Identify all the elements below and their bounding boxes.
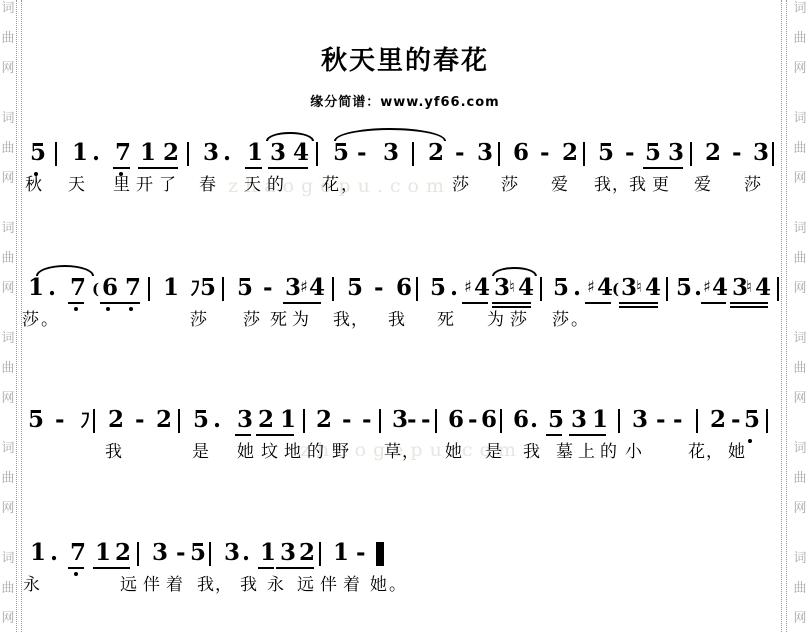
- beam-underline: [276, 567, 314, 569]
- barline: [93, 409, 95, 433]
- lyric-syllable: ，: [706, 443, 723, 462]
- note-digit: 2: [108, 408, 124, 432]
- note-digit: 3: [237, 408, 253, 432]
- barline: [500, 409, 502, 433]
- note-digit: 4: [293, 141, 309, 165]
- natural-accidental: ♮: [746, 278, 752, 296]
- beam-underline: [68, 567, 84, 569]
- note-digit: 6: [513, 408, 529, 432]
- beam-underline-2: [730, 306, 768, 308]
- duration-dash: -: [656, 408, 666, 432]
- note-digit: 6: [481, 408, 497, 432]
- augmentation-dot: .: [694, 276, 702, 300]
- lyric-syllable: 。: [41, 311, 58, 330]
- sharp-accidental: ♯: [300, 278, 308, 296]
- note-digit: 3: [477, 141, 493, 165]
- border-text-char: 网: [792, 282, 808, 296]
- barline: [777, 277, 779, 301]
- sharp-accidental: ♯: [464, 278, 472, 296]
- border-text-char: 词: [0, 222, 16, 236]
- note-digit: 3: [270, 141, 286, 165]
- note-digit: 1: [72, 141, 88, 165]
- lyric-syllable: 莎: [243, 311, 260, 330]
- border-dotted-rule: [781, 0, 782, 632]
- note-digit: 1: [95, 541, 111, 565]
- barline: [303, 409, 305, 433]
- beam-underline: [256, 434, 294, 436]
- lyric-syllable: 的: [307, 443, 324, 462]
- beam-underline: [283, 302, 321, 304]
- lyric-syllable: 墓: [556, 443, 573, 462]
- border-text-char: 曲: [0, 582, 16, 596]
- augmentation-dot: .: [242, 541, 250, 565]
- duration-dash: -: [468, 408, 478, 432]
- barline: [498, 142, 500, 166]
- lyric-syllable: ，: [215, 576, 232, 595]
- barline: [178, 409, 180, 433]
- lyric-syllable: 莎: [552, 311, 569, 330]
- border-text-char: 词: [792, 112, 808, 126]
- duration-dash: -: [374, 276, 384, 300]
- border-text-char: 网: [792, 392, 808, 406]
- sharp-accidental: ♯: [703, 278, 711, 296]
- lyric-syllable: 我: [105, 443, 122, 462]
- note-digit: 3: [203, 141, 219, 165]
- border-text-char: 网: [792, 62, 808, 76]
- note-digit: 2: [163, 141, 179, 165]
- note-digit: 2: [428, 141, 444, 165]
- note-digit: 6: [448, 408, 464, 432]
- border-text-char: 曲: [792, 362, 808, 376]
- border-text-char: 曲: [792, 252, 808, 266]
- duration-dash: -: [540, 141, 550, 165]
- note-digit: 7: [125, 276, 141, 300]
- note-digit: 5: [200, 276, 216, 300]
- barline: [766, 409, 768, 433]
- note-digit: 4: [474, 276, 490, 300]
- border-text-char: 词: [0, 552, 16, 566]
- augmentation-dot: .: [530, 408, 538, 432]
- note-digit: 5: [347, 276, 363, 300]
- note-digit: 1: [260, 541, 276, 565]
- border-text-char: 网: [0, 612, 16, 626]
- lyric-syllable: 开: [136, 176, 153, 195]
- duration-dash: -: [176, 541, 186, 565]
- lyric-syllable: 我: [594, 176, 611, 195]
- barline: [148, 277, 150, 301]
- border-dotted-rule: [786, 0, 787, 632]
- note-digit: 6: [102, 276, 118, 300]
- note-digit: 2: [156, 408, 172, 432]
- note-digit: 1: [163, 276, 179, 300]
- note-digit: 7: [70, 541, 86, 565]
- augmentation-dot: .: [213, 408, 221, 432]
- final-barline: [376, 542, 384, 566]
- note-digit: 2: [705, 141, 721, 165]
- low-octave-dot: [74, 572, 78, 576]
- barline: [583, 142, 585, 166]
- border-text-char: 词: [792, 222, 808, 236]
- note-digit: 4: [518, 276, 534, 300]
- border-text-char: 网: [0, 172, 16, 186]
- duration-dash: -: [356, 541, 366, 565]
- note-digit: 5: [548, 408, 564, 432]
- note-digit: 2: [316, 408, 332, 432]
- beam-underline: [93, 567, 130, 569]
- low-octave-dot: [748, 439, 752, 443]
- border-text-char: 词: [792, 552, 808, 566]
- lyric-syllable: 我: [197, 576, 214, 595]
- lyric-syllable: ，: [612, 176, 629, 195]
- barline: [55, 142, 57, 166]
- border-text-char: 词: [0, 2, 16, 16]
- source-subtitle: 缘分简谱：www.yf66.com: [0, 91, 810, 110]
- barline: [690, 142, 692, 166]
- natural-accidental: ♮: [636, 278, 642, 296]
- border-text-char: 曲: [0, 362, 16, 376]
- grace-paren: (: [612, 281, 619, 297]
- note-digit: 1: [592, 408, 608, 432]
- barline: [319, 542, 321, 566]
- beam-underline: [258, 567, 274, 569]
- note-digit: 5: [333, 141, 349, 165]
- note-digit: 4: [645, 276, 661, 300]
- barline: [666, 277, 668, 301]
- note-digit: 3: [632, 408, 648, 432]
- lyric-syllable: 我: [333, 311, 350, 330]
- duration-dash: -: [673, 408, 683, 432]
- slur-arc: [36, 265, 94, 276]
- duration-dash: -: [135, 408, 145, 432]
- beam-underline: [245, 167, 262, 169]
- augmentation-dot: .: [92, 141, 100, 165]
- lyric-syllable: 。: [389, 576, 406, 595]
- lyric-syllable: 她: [237, 443, 254, 462]
- barline: [772, 142, 774, 166]
- lyric-syllable: 伴: [143, 576, 160, 595]
- border-text-char: 词: [792, 2, 808, 16]
- lyric-syllable: 莎: [22, 311, 39, 330]
- lyric-syllable: ，: [351, 311, 368, 330]
- note-digit: 5: [676, 276, 692, 300]
- lyric-syllable: ，: [341, 176, 358, 195]
- border-text-char: 词: [792, 332, 808, 346]
- lyric-syllable: 远: [297, 576, 314, 595]
- note-digit: 3: [285, 276, 301, 300]
- lyric-syllable: 天: [68, 176, 85, 195]
- border-text-char: 曲: [0, 252, 16, 266]
- augmentation-dot: .: [223, 141, 231, 165]
- border-text-char: 网: [792, 172, 808, 186]
- note-digit: 5: [645, 141, 661, 165]
- beam-underline-2: [619, 306, 658, 308]
- note-digit: 3: [494, 276, 510, 300]
- border-dotted-rule: [16, 0, 17, 632]
- beam-underline: [585, 302, 611, 304]
- note-digit: 4: [309, 276, 325, 300]
- note-digit: 1: [28, 276, 44, 300]
- barline: [209, 542, 211, 566]
- augmentation-dot: .: [48, 276, 56, 300]
- duration-dash: -: [263, 276, 273, 300]
- sheet-music-page: 秋天里的春花 缘分简谱：www.yf66.com 词曲网词曲网词曲网词曲网词曲网…: [0, 0, 810, 632]
- lyric-syllable: 莎: [744, 176, 761, 195]
- lyric-syllable: 是: [485, 443, 502, 462]
- lyric-syllable: 花: [322, 176, 339, 195]
- slur-arc: [492, 267, 537, 276]
- note-digit: 7: [70, 276, 86, 300]
- lyric-syllable: 着: [343, 576, 360, 595]
- note-digit: 1: [333, 541, 349, 565]
- lyric-syllable: 着: [166, 576, 183, 595]
- barline: [435, 409, 437, 433]
- lyric-syllable: 我: [629, 176, 646, 195]
- note-digit: 5: [430, 276, 446, 300]
- note-digit: 5: [190, 541, 206, 565]
- beam-underline: [492, 302, 531, 304]
- low-octave-dot: [106, 307, 110, 311]
- lyric-syllable: 莎: [190, 311, 207, 330]
- lyric-syllable: 地: [284, 443, 301, 462]
- barline: [316, 142, 318, 166]
- note-digit: 5: [598, 141, 614, 165]
- duration-dash: -: [362, 408, 372, 432]
- lyric-syllable: 我: [523, 443, 540, 462]
- lyric-syllable: 她: [445, 443, 462, 462]
- lyric-syllable: 死: [437, 311, 454, 330]
- note-digit: 6: [396, 276, 412, 300]
- lyric-syllable: 远: [120, 576, 137, 595]
- note-digit: 3: [621, 276, 637, 300]
- note-digit: 3: [383, 141, 399, 165]
- note-digit: 4: [755, 276, 771, 300]
- border-text-char: 词: [0, 442, 16, 456]
- lyric-syllable: 秋: [25, 176, 42, 195]
- lyric-syllable: 草: [384, 443, 401, 462]
- note-digit: 3: [280, 541, 296, 565]
- border-text-char: 曲: [792, 142, 808, 156]
- lyric-syllable: 爱: [551, 176, 568, 195]
- sharp-accidental: ♯: [587, 278, 595, 296]
- note-digit: 7: [115, 141, 131, 165]
- duration-dash: -: [357, 141, 367, 165]
- lyric-syllable: 的: [600, 443, 617, 462]
- lyric-syllable: 她: [728, 443, 745, 462]
- grace-paren: (: [92, 281, 99, 297]
- border-text-char: 网: [792, 502, 808, 516]
- slur-arc: [334, 128, 446, 141]
- beam-underline: [462, 302, 488, 304]
- border-text-char: 曲: [792, 472, 808, 486]
- lyric-syllable: 莎: [501, 176, 518, 195]
- barline: [379, 409, 381, 433]
- lyric-syllable: 上: [578, 443, 595, 462]
- beam-underline: [268, 167, 308, 169]
- border-text-char: 网: [0, 392, 16, 406]
- border-text-char: 曲: [0, 142, 16, 156]
- lyric-syllable: 我: [388, 311, 405, 330]
- natural-accidental: ♮: [509, 278, 515, 296]
- border-text-char: 曲: [0, 472, 16, 486]
- lyric-syllable: 小: [625, 443, 642, 462]
- beam-underline: [68, 302, 84, 304]
- beam-underline: [730, 302, 768, 304]
- note-digit: 5: [30, 141, 46, 165]
- border-text-char: 网: [0, 62, 16, 76]
- border-text-char: 词: [0, 332, 16, 346]
- duration-dash: -: [55, 408, 65, 432]
- augmentation-dot: .: [573, 276, 581, 300]
- border-text-char: 曲: [0, 32, 16, 46]
- duration-dash: -: [625, 141, 635, 165]
- lyric-syllable: 里: [113, 176, 130, 195]
- note-digit: 3: [753, 141, 769, 165]
- note-digit: 3: [668, 141, 684, 165]
- barline: [412, 142, 414, 166]
- duration-dash: -: [731, 408, 741, 432]
- duration-dash: -: [732, 141, 742, 165]
- note-digit: 3: [152, 541, 168, 565]
- barline: [416, 277, 418, 301]
- note-digit: 3: [224, 541, 240, 565]
- note-digit: 5: [28, 408, 44, 432]
- lyric-syllable: 是: [192, 443, 209, 462]
- lyric-syllable: 天: [244, 176, 261, 195]
- border-text-char: 词: [792, 442, 808, 456]
- note-digit: 1: [30, 541, 46, 565]
- lyric-syllable: 她: [370, 576, 387, 595]
- note-digit: 1: [140, 141, 156, 165]
- song-title: 秋天里的春花: [0, 40, 810, 77]
- note-digit: 1: [280, 408, 296, 432]
- border-text-char: 网: [792, 612, 808, 626]
- note-digit: 2: [710, 408, 726, 432]
- border-text-char: 网: [0, 282, 16, 296]
- note-digit: 4: [597, 276, 613, 300]
- border-text-char: 曲: [792, 582, 808, 596]
- low-octave-dot: [129, 307, 133, 311]
- note-digit: 5: [553, 276, 569, 300]
- lyric-syllable: 更: [652, 176, 669, 195]
- lyric-syllable: 野: [332, 443, 349, 462]
- barline: [696, 409, 698, 433]
- lyric-syllable: 了: [159, 176, 176, 195]
- beam-underline: [138, 167, 178, 169]
- lyric-syllable: ，: [402, 443, 419, 462]
- lyric-syllable: 永: [23, 576, 40, 595]
- lyric-syllable: 。: [571, 311, 588, 330]
- lyric-syllable: 为: [292, 311, 309, 330]
- barline: [332, 277, 334, 301]
- border-text-char: 词: [0, 112, 16, 126]
- barline: [540, 277, 542, 301]
- lyric-syllable: 爱: [694, 176, 711, 195]
- note-digit: 5: [237, 276, 253, 300]
- lyric-syllable: 莎: [452, 176, 469, 195]
- border-text-char: 网: [0, 502, 16, 516]
- slur-arc: [266, 132, 314, 141]
- beam-underline-2: [492, 306, 531, 308]
- lyric-syllable: 莎: [510, 311, 527, 330]
- beam-underline: [569, 434, 606, 436]
- barline: [137, 542, 139, 566]
- beam-underline: [701, 302, 726, 304]
- barline: [618, 409, 620, 433]
- barline: [187, 142, 189, 166]
- breath-hook-mark: [190, 280, 200, 301]
- breath-hook-mark: [80, 412, 90, 433]
- note-digit: 1: [247, 141, 263, 165]
- lyric-syllable: 死: [270, 311, 287, 330]
- border-text-char: 曲: [792, 32, 808, 46]
- note-digit: 3: [392, 408, 408, 432]
- duration-dash: -: [342, 408, 352, 432]
- note-digit: 2: [258, 408, 274, 432]
- low-octave-dot: [74, 307, 78, 311]
- lyric-syllable: 的: [267, 176, 284, 195]
- beam-underline: [619, 302, 658, 304]
- lyric-syllable: 花: [688, 443, 705, 462]
- barline: [222, 277, 224, 301]
- lyric-syllable: 为: [487, 311, 504, 330]
- beam-underline: [113, 167, 130, 169]
- duration-dash: -: [455, 141, 465, 165]
- note-digit: 2: [562, 141, 578, 165]
- note-digit: 5: [193, 408, 209, 432]
- lyric-syllable: 永: [267, 576, 284, 595]
- lyric-syllable: 我: [240, 576, 257, 595]
- duration-dash: -: [421, 408, 431, 432]
- beam-underline: [546, 434, 562, 436]
- note-digit: 5: [744, 408, 760, 432]
- beam-underline: [235, 434, 251, 436]
- duration-dash: -: [407, 408, 417, 432]
- beam-underline: [100, 302, 140, 304]
- note-digit: 2: [115, 541, 131, 565]
- lyric-syllable: 坟: [261, 443, 278, 462]
- note-digit: 2: [299, 541, 315, 565]
- augmentation-dot: .: [450, 276, 458, 300]
- lyric-syllable: 春: [199, 176, 216, 195]
- beam-underline: [643, 167, 683, 169]
- note-digit: 6: [513, 141, 529, 165]
- watermark-text: zhaogepu.com: [228, 175, 451, 197]
- lyric-syllable: 伴: [320, 576, 337, 595]
- augmentation-dot: .: [50, 541, 58, 565]
- note-digit: 3: [571, 408, 587, 432]
- note-digit: 4: [712, 276, 728, 300]
